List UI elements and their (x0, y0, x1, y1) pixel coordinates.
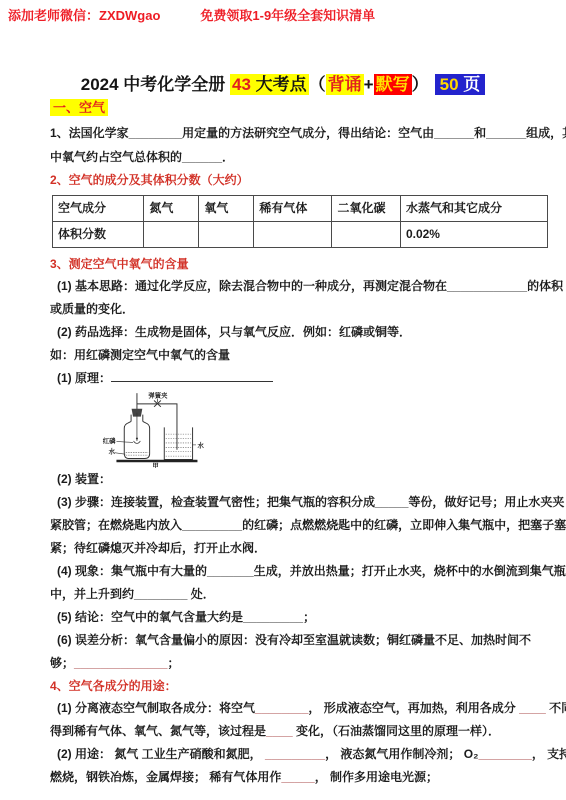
phosphorus-sample (136, 437, 138, 439)
paragraph-line: 或质量的变化． (50, 298, 550, 321)
paragraph-line: 紧；待红磷熄灭并冷却后，打开止水阀． (50, 537, 550, 560)
table-cell (254, 222, 332, 248)
text-segment: ， 形成液态空气，再加热，利用各成分 (308, 701, 519, 715)
section-heading-composition: 2、空气的成分及其体积分数（大约） (50, 169, 550, 191)
paragraph-line: (5) 结论：空气中的氧气含量大约是_________； (50, 606, 550, 629)
table-cell: 体积分数 (53, 222, 144, 248)
text-segment: ， 制作多用途电光源； (315, 770, 438, 784)
section-heading-measure-oxygen: 3、测定空气中氧气的含量 (50, 253, 550, 275)
paragraph-line: 得到稀有气体、氧气、氮气等，该过程是____ 变化，（石油蒸馏同这里的原理一样）… (50, 720, 550, 743)
paragraph-line: (1) 分离液态空气制取各成分：将空气________， 形成液态空气，再加热，… (50, 697, 550, 720)
text-segment: (2) 用途： 氮气 工业生产硝酸和氮肥， (57, 747, 265, 761)
table-cell (144, 222, 199, 248)
paragraph-line: (2) 药品选择：生成物是固体，只与氧气反应．例如：红磷或铜等． (50, 321, 550, 344)
section-heading-air: 一、空气 (50, 99, 108, 116)
water-left-pointer (114, 453, 125, 454)
table-row: 体积分数 0.02% (53, 222, 548, 248)
section-heading-uses: 4、空气各成分的用途： (50, 675, 550, 697)
worksheet-page: 添加老师微信：ZXDWgao免费领取1-9年级全套知识清单 2024 中考化学全… (0, 0, 566, 800)
paragraph-line: (1) 基本思路：通过化学反应，除去混合物中的一种成分，再测定混合物在_____… (50, 275, 550, 298)
fill-blank: _____ (281, 770, 314, 784)
free-offer-text: 免费领取1-9年级全套知识清单 (200, 8, 375, 23)
fill-blank: ____ (266, 724, 293, 738)
col-header: 氮气 (144, 196, 199, 222)
table-cell (199, 222, 254, 248)
beaker (164, 427, 192, 459)
label-water-right: 水 (197, 440, 204, 449)
title-paren-close: ） (412, 75, 429, 94)
title-paren-open: （ (309, 75, 326, 94)
fill-blank: ______________ (74, 656, 167, 670)
title-highlight-keypoints: 43 大考点 (230, 74, 309, 95)
air-composition-table: 空气成分 氮气 氧气 稀有气体 二氧化碳 水蒸气和其它成分 体积分数 0.02% (52, 195, 548, 248)
paragraph-line: (3) 步骤：连接装置，检查装置气密性；把集气瓶的容积分成_____等份，做好记… (50, 491, 550, 514)
beaker-water (166, 434, 191, 456)
col-header: 空气成分 (53, 196, 144, 222)
fill-blank: ________ (478, 747, 531, 761)
apparatus-diagram: 弹簧夹 (94, 392, 216, 468)
title-prefix: 2024 中考化学全册 (81, 75, 226, 94)
paragraph-line: (2) 用途： 氮气 工业生产硝酸和氮肥， _________， 液态氮气用作制… (50, 743, 550, 766)
label-water-left: 水 (109, 447, 116, 456)
title-page-count: 50 (440, 75, 459, 94)
text-segment: (1) 分离液态空气制取各成分：将空气 (57, 701, 255, 715)
device-line: (2) 装置： (50, 468, 550, 491)
fill-blank: _________ (265, 747, 325, 761)
label-red-phosphorus: 红磷 (103, 436, 116, 445)
title-plus: + (364, 75, 374, 94)
title-page-unit: 页 (463, 75, 480, 94)
page-title: 2024 中考化学全册 43 大考点（背诵+默写）50 页 (0, 70, 566, 95)
title-suffix: 大考点 (256, 75, 307, 94)
paragraph-line: 1、法国化学家________用定量的方法研究空气成分，得出结论：空气由____… (50, 121, 550, 145)
paragraph-line: 中，并上升到约________ 处． (50, 583, 550, 606)
text-segment: 得到稀有气体、氧气、氮气等，该过程是 (50, 724, 266, 738)
paragraph-line: 燃烧，钢铁冶炼，金属焊接； 稀有气体用作_____， 制作多用途电光源； (50, 766, 550, 789)
table-cell: 0.02% (400, 222, 547, 248)
paragraph-line: 如：用红磷测定空气中氧气的含量 (50, 344, 550, 367)
burning-spoon (134, 441, 141, 443)
error-line-prefix: 够； (50, 656, 74, 670)
paragraph-line: (6) 误差分析：氧气含量偏小的原因：没有冷却至室温就读数；铜红磷量不足、加热时… (50, 629, 550, 652)
paragraph-line: 够；______________； (50, 652, 550, 675)
label-spring-clamp: 弹簧夹 (148, 392, 168, 400)
diagram-caption: 甲 (152, 462, 158, 468)
title-recite-badge: 背诵 (326, 74, 364, 95)
col-header: 水蒸气和其它成分 (400, 196, 547, 222)
col-header: 氧气 (199, 196, 254, 222)
wechat-contact-text: 添加老师微信：ZXDWgao (8, 8, 160, 23)
experiment-diagram: 弹簧夹 (94, 392, 550, 468)
paragraph-line: 紧胶管；在燃烧匙内放入_________的红磷；点燃燃烧匙中的红磷，立即伸入集气… (50, 514, 550, 537)
principle-blank-line (111, 368, 273, 382)
text-segment: 变化，（石油蒸馏同这里的原理一样）． (293, 724, 500, 738)
title-pages-badge: 50 页 (435, 74, 486, 95)
fill-blank: ____ (519, 701, 546, 715)
table-cell (332, 222, 401, 248)
col-header: 稀有气体 (254, 196, 332, 222)
table-header-row: 空气成分 氮气 氧气 稀有气体 二氧化碳 水蒸气和其它成分 (53, 196, 548, 222)
principle-line: (1) 原理： (50, 367, 550, 390)
paragraph-line: (4) 现象：集气瓶中有大量的_______生成，并放出热量；打开止水夹，烧杯中… (50, 560, 550, 583)
top-promo-note: 添加老师微信：ZXDWgao免费领取1-9年级全套知识清单 (8, 5, 375, 24)
text-segment: 燃烧，钢铁冶炼，金属焊接； 稀有气体用作 (50, 770, 281, 784)
text-segment: ， 液态氮气用作制冷剂； O₂ (325, 747, 478, 761)
col-header: 二氧化碳 (332, 196, 401, 222)
bottle-water (126, 453, 148, 455)
text-segment: ， 支持 (532, 747, 566, 761)
title-count: 43 (232, 75, 251, 94)
fill-blank: ________ (255, 701, 308, 715)
principle-label: (1) 原理： (57, 371, 111, 385)
document-body: 一、空气 1、法国化学家________用定量的方法研究空气成分，得出结论：空气… (50, 97, 550, 789)
error-line-suffix: ； (167, 656, 179, 670)
red-phosphorus-pointer (116, 441, 133, 442)
title-dictate-badge: 默写 (374, 74, 412, 95)
paragraph-line: 中氧气约占空气总体积的______． (50, 145, 550, 169)
text-segment: 不同， (546, 701, 566, 715)
